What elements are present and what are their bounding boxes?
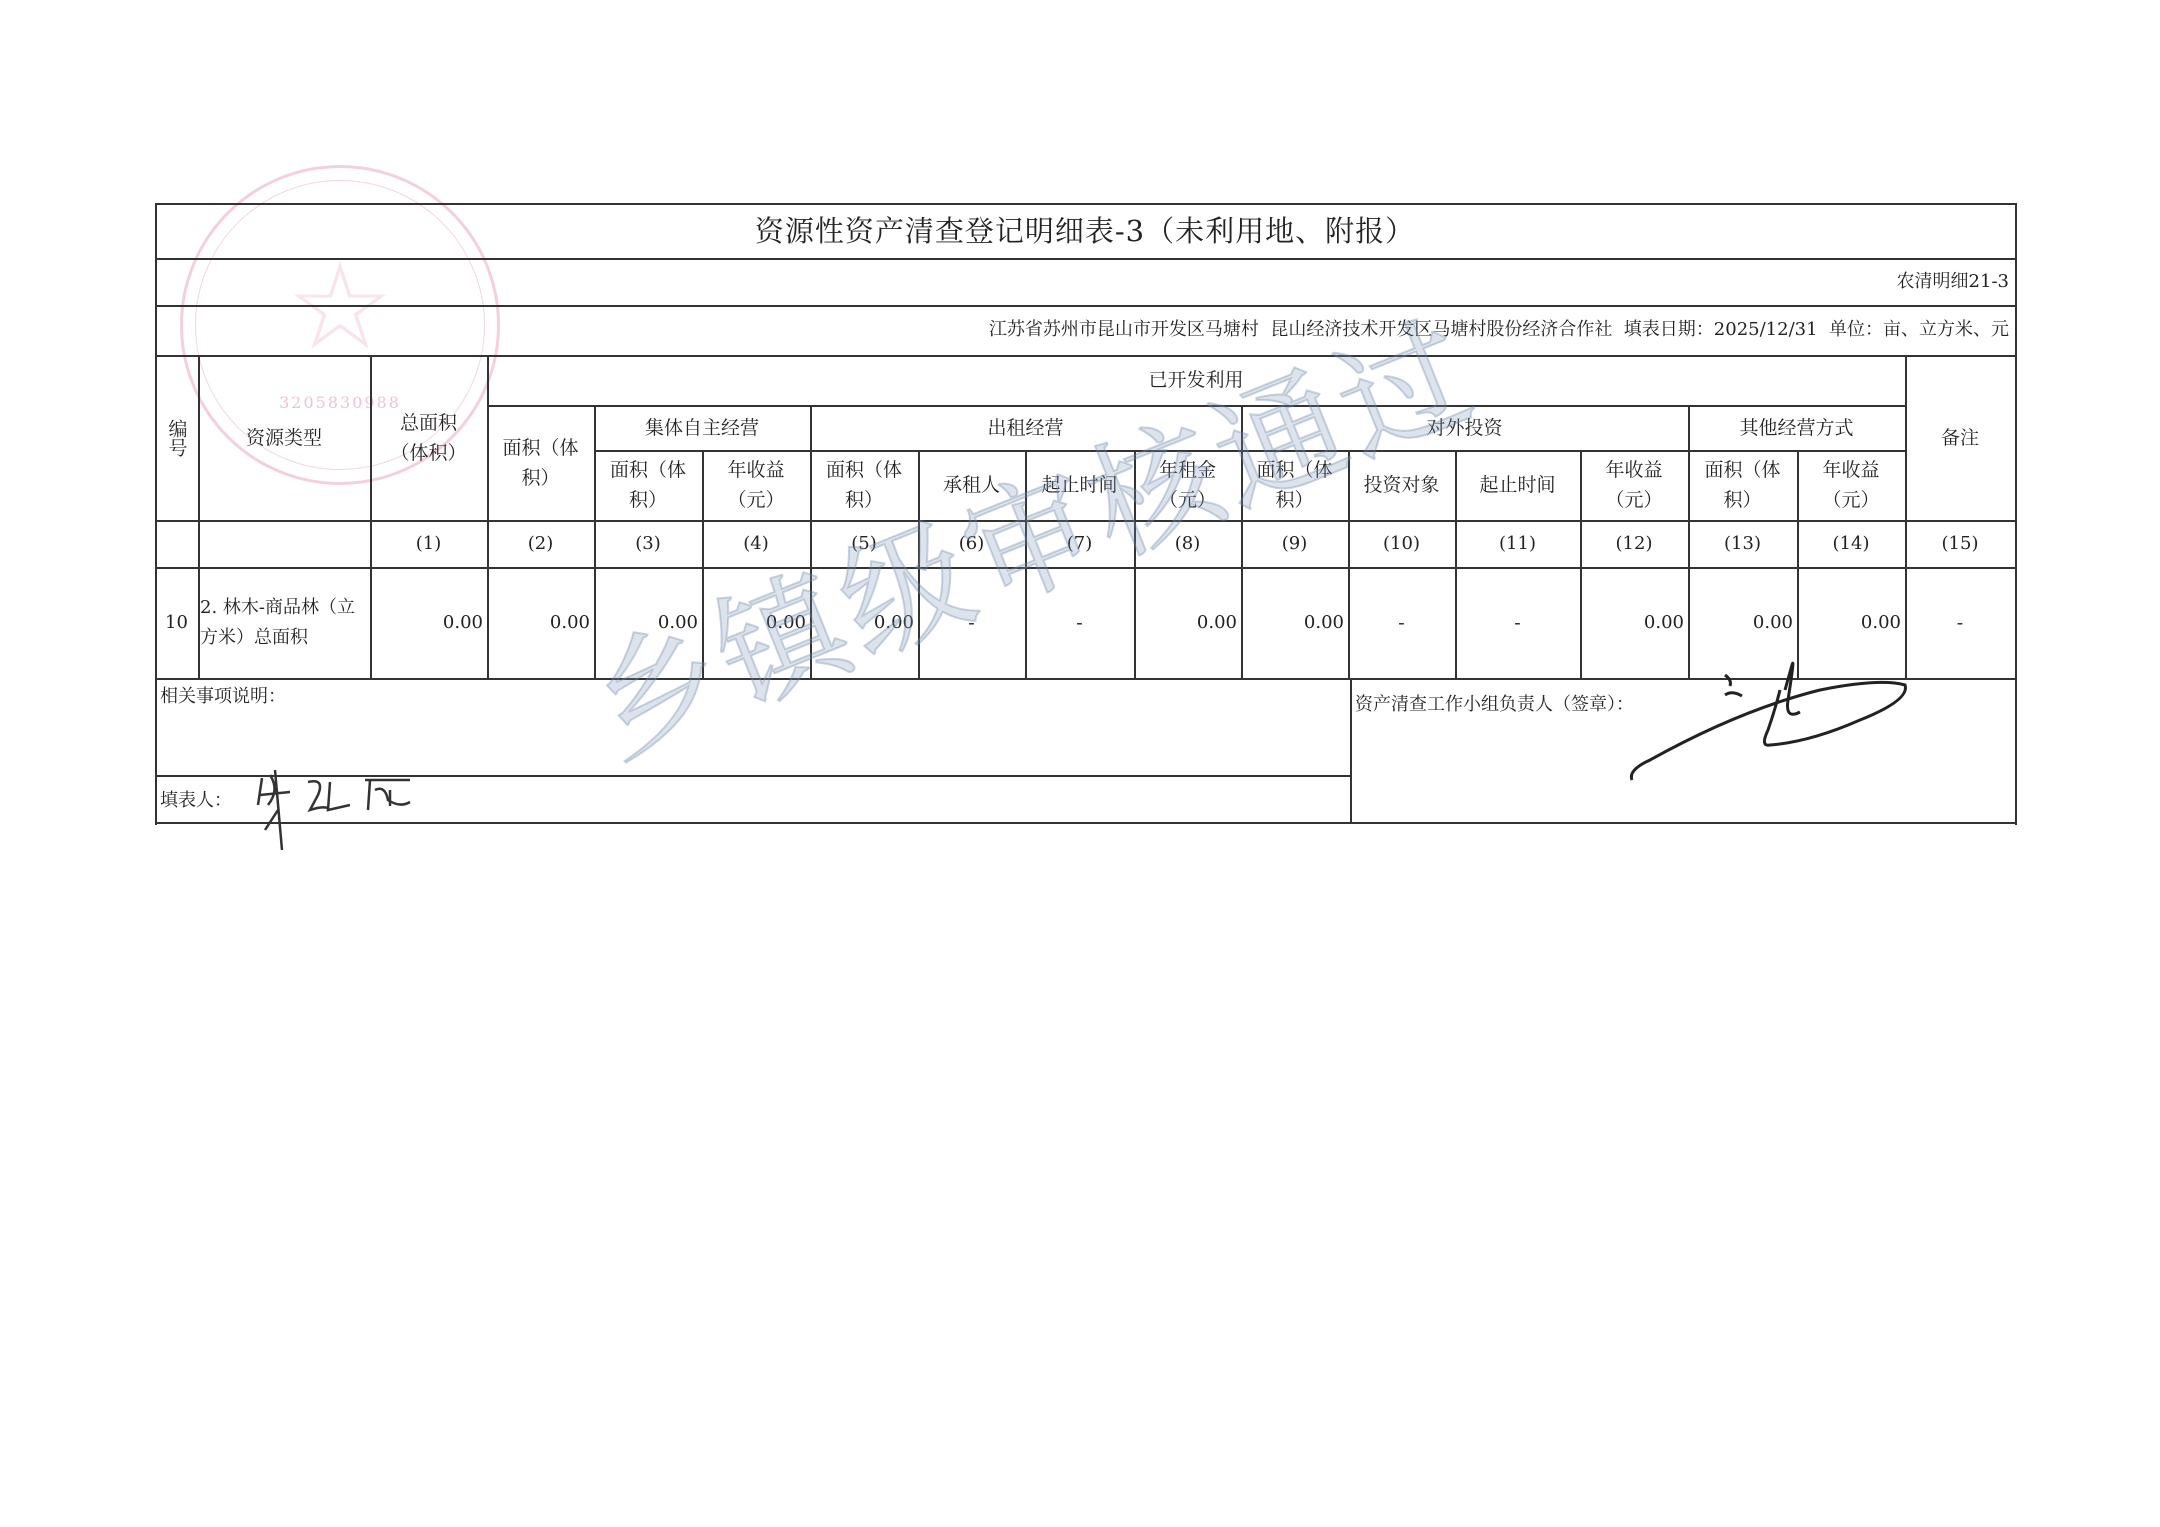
column-number: (6) (918, 520, 1025, 567)
row-value-col-8: 0.00 (1134, 567, 1241, 678)
row-value-col-2: 0.00 (487, 567, 594, 678)
filler-label: 填表人： (160, 786, 232, 812)
header-developed: 已开发利用 (487, 355, 1905, 405)
document-title: 资源性资产清查登记明细表-3（未利用地、附报） (155, 203, 2015, 258)
column-number: (4) (702, 520, 810, 567)
notes-field[interactable] (160, 712, 1340, 770)
row-value-col-11: - (1455, 567, 1580, 678)
header-group-leased: 出租经营 (810, 405, 1241, 450)
row-value-col-7: - (1025, 567, 1134, 678)
column-number: (13) (1688, 520, 1797, 567)
info-line: 江苏省苏州市昆山市开发区马塘村 昆山经济技术开发区马塘村股份经济合作社 填表日期… (155, 305, 2015, 355)
header-self-area: 面积（体积） (594, 450, 702, 520)
column-number: (5) (810, 520, 918, 567)
column-number: (10) (1348, 520, 1455, 567)
row-resource-type: 2. 林木-商品林（立方米）总面积 (198, 567, 370, 678)
row-value-col-15: - (1905, 567, 2015, 678)
header-invest-period: 起止时间 (1455, 450, 1580, 520)
row-value-col-10: - (1348, 567, 1455, 678)
form-code: 农清明细21-3 (155, 258, 2015, 305)
column-number: (11) (1455, 520, 1580, 567)
row-value-col-14: 0.00 (1797, 567, 1905, 678)
row-value-col-6: - (918, 567, 1025, 678)
row-value-col-5: 0.00 (810, 567, 918, 678)
column-number: (3) (594, 520, 702, 567)
notes-label: 相关事项说明： (160, 682, 286, 708)
header-invest-income: 年收益（元） (1580, 450, 1688, 520)
header-lessee: 承租人 (918, 450, 1025, 520)
header-total-area: 总面积（体积） (370, 355, 487, 520)
column-number: (9) (1241, 520, 1348, 567)
row-value-col-3: 0.00 (594, 567, 702, 678)
header-leased-period: 起止时间 (1025, 450, 1134, 520)
column-number: (12) (1580, 520, 1688, 567)
column-number: (2) (487, 520, 594, 567)
column-number: (7) (1025, 520, 1134, 567)
row-value-col-4: 0.00 (702, 567, 810, 678)
row-value-col-13: 0.00 (1688, 567, 1797, 678)
header-leased-area: 面积（体积） (810, 450, 918, 520)
row-value-col-9: 0.00 (1241, 567, 1348, 678)
column-number: (8) (1134, 520, 1241, 567)
header-group-self-managed: 集体自主经营 (594, 405, 810, 450)
header-id: 编号 (155, 355, 198, 520)
header-developed-area: 面积（体积） (487, 405, 594, 520)
row-value-col-1: 0.00 (370, 567, 487, 678)
header-other-area: 面积（体积） (1688, 450, 1797, 520)
column-number: (15) (1905, 520, 2015, 567)
header-annual-rent: 年租金（元） (1134, 450, 1241, 520)
header-group-investment: 对外投资 (1241, 405, 1688, 450)
column-number: (14) (1797, 520, 1905, 567)
column-number: (1) (370, 520, 487, 567)
row-id: 10 (155, 567, 198, 678)
leader-signature-label: 资产清查工作小组负责人（签章）： (1355, 690, 1634, 716)
header-group-other: 其他经营方式 (1688, 405, 1905, 450)
header-self-income: 年收益（元） (702, 450, 810, 520)
header-invest-target: 投资对象 (1348, 450, 1455, 520)
row-value-col-12: 0.00 (1580, 567, 1688, 678)
header-other-income: 年收益（元） (1797, 450, 1905, 520)
header-remarks: 备注 (1905, 355, 2015, 520)
header-invest-area: 面积（体积） (1241, 450, 1348, 520)
header-resource-type: 资源类型 (198, 355, 370, 520)
